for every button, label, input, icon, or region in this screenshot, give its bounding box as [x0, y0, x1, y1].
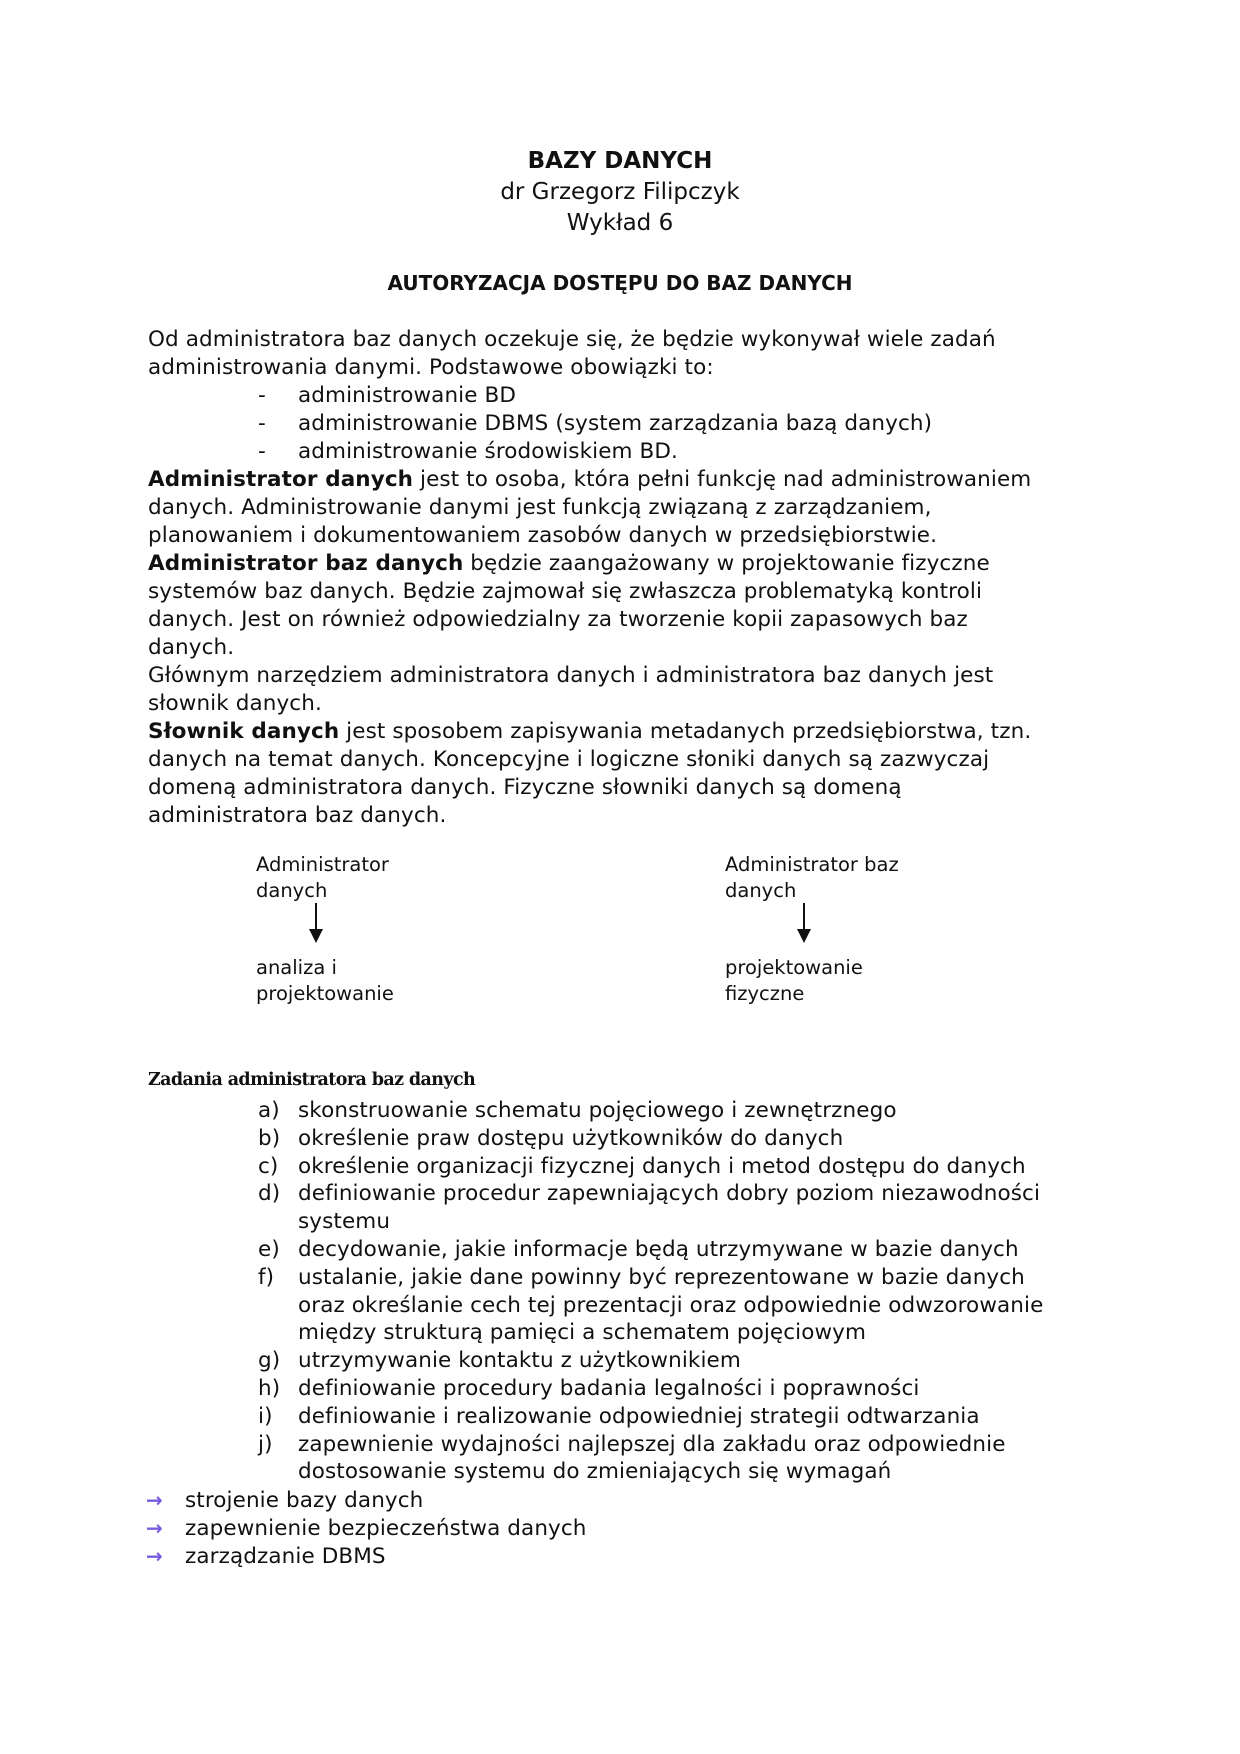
diagram-label: danych — [256, 878, 389, 904]
diagram-label: analiza i — [256, 955, 394, 981]
diagram-right-to: projektowanie fizyczne — [725, 955, 863, 1007]
diagram-label: projektowanie — [256, 981, 394, 1007]
task-item: utrzymywanie kontaktu z użytkownikiem — [298, 1347, 741, 1375]
arrow-down-icon — [315, 903, 317, 931]
definition-dictionary: Słownik danych jest sposobem zapisywania… — [148, 718, 1031, 746]
term: Słownik danych — [148, 719, 339, 744]
definition-line: danych. — [148, 634, 234, 662]
diagram-label: Administrator baz — [725, 852, 899, 878]
diagram-left-from: Administrator danych — [256, 852, 389, 904]
task-letter: d) — [258, 1180, 280, 1208]
diagram-right-from: Administrator baz danych — [725, 852, 899, 904]
definition-line: systemów baz danych. Będzie zajmował się… — [148, 578, 982, 606]
bullet-item: zapewnienie bezpieczeństwa danych — [185, 1515, 587, 1543]
task-item: oraz określanie cech tej prezentacji ora… — [298, 1292, 1043, 1320]
section-title: AUTORYZACJA DOSTĘPU DO BAZ DANYCH — [0, 271, 1240, 295]
definition-db-admin: Administrator baz danych będzie zaangażo… — [148, 550, 990, 578]
task-letter: h) — [258, 1375, 280, 1403]
task-item: zapewnienie wydajności najlepszej dla za… — [298, 1431, 1006, 1459]
task-item: decydowanie, jakie informacje będą utrzy… — [298, 1236, 1019, 1264]
task-item: definiowanie procedur zapewniających dob… — [298, 1180, 1040, 1208]
author: dr Grzegorz Filipczyk — [0, 179, 1240, 205]
bullet-item: zarządzanie DBMS — [185, 1543, 386, 1571]
definition-line: administratora baz danych. — [148, 802, 446, 830]
diagram-label: Administrator — [256, 852, 389, 878]
diagram-label: fizyczne — [725, 981, 863, 1007]
definition-line: planowaniem i dokumentowaniem zasobów da… — [148, 522, 937, 550]
diagram-label: projektowanie — [725, 955, 863, 981]
task-letter: e) — [258, 1236, 280, 1264]
paragraph-line: Głównym narzędziem administratora danych… — [148, 662, 993, 690]
arrow-right-icon: → — [146, 1487, 163, 1515]
task-item: między strukturą pamięci a schematem poj… — [298, 1319, 866, 1347]
duty-item: administrowanie DBMS (system zarządzania… — [298, 410, 932, 438]
task-item: systemu — [298, 1208, 390, 1236]
list-dash: - — [258, 382, 266, 410]
arrow-right-icon: → — [146, 1515, 163, 1543]
definition-text: jest to osoba, która pełni funkcję nad a… — [413, 467, 1031, 492]
arrow-down-icon — [803, 903, 805, 931]
task-letter: f) — [258, 1264, 274, 1292]
task-item: określenie organizacji fizycznej danych … — [298, 1153, 1026, 1181]
duty-item: administrowanie środowiskiem BD. — [298, 438, 678, 466]
diagram-left-to: analiza i projektowanie — [256, 955, 394, 1007]
term: Administrator danych — [148, 467, 413, 492]
intro-line: Od administratora baz danych oczekuje si… — [148, 326, 996, 354]
task-letter: b) — [258, 1125, 280, 1153]
definition-line: domeną administratora danych. Fizyczne s… — [148, 774, 902, 802]
lecture-number: Wykład 6 — [0, 210, 1240, 236]
task-letter: a) — [258, 1097, 280, 1125]
paragraph-line: słownik danych. — [148, 690, 322, 718]
bullet-item: strojenie bazy danych — [185, 1487, 423, 1515]
list-dash: - — [258, 410, 266, 438]
diagram-label: danych — [725, 878, 899, 904]
definition-line: danych. Jest on również odpowiedzialny z… — [148, 606, 968, 634]
definition-line: danych. Administrowanie danymi jest funk… — [148, 494, 932, 522]
task-item: skonstruowanie schematu pojęciowego i ze… — [298, 1097, 897, 1125]
task-letter: j) — [258, 1431, 273, 1459]
tasks-heading: Zadania administratora baz danych — [148, 1070, 475, 1090]
task-item: dostosowanie systemu do zmieniających si… — [298, 1458, 891, 1486]
list-dash: - — [258, 438, 266, 466]
document-title: BAZY DANYCH — [0, 148, 1240, 174]
task-item: definiowanie procedury badania legalnośc… — [298, 1375, 919, 1403]
task-item: ustalanie, jakie dane powinny być reprez… — [298, 1264, 1025, 1292]
term: Administrator baz danych — [148, 551, 463, 576]
intro-line: administrowania danymi. Podstawowe obowi… — [148, 354, 714, 382]
arrow-right-icon: → — [146, 1543, 163, 1571]
task-letter: i) — [258, 1403, 273, 1431]
duty-item: administrowanie BD — [298, 382, 516, 410]
task-item: określenie praw dostępu użytkowników do … — [298, 1125, 843, 1153]
task-letter: c) — [258, 1153, 278, 1181]
task-letter: g) — [258, 1347, 280, 1375]
definition-text: będzie zaangażowany w projektowanie fizy… — [463, 551, 989, 576]
definition-text: jest sposobem zapisywania metadanych prz… — [339, 719, 1031, 744]
definition-line: danych na temat danych. Koncepcyjne i lo… — [148, 746, 989, 774]
task-item: definiowanie i realizowanie odpowiedniej… — [298, 1403, 980, 1431]
definition-data-admin: Administrator danych jest to osoba, któr… — [148, 466, 1031, 494]
